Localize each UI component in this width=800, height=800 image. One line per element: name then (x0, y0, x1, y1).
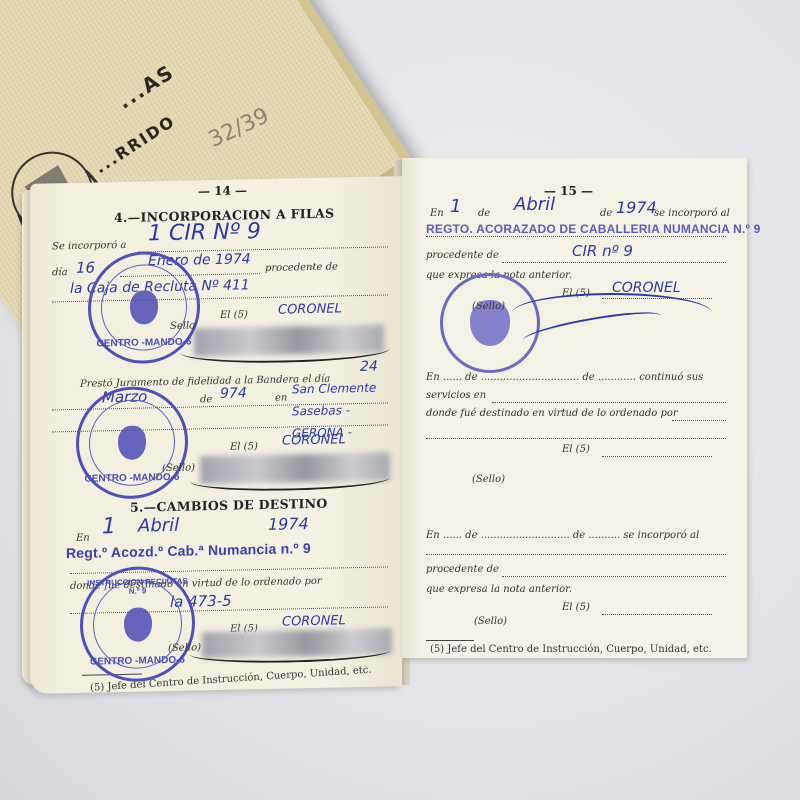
recruit-center-stamp: CENTRO -MANDO-6 (76, 386, 188, 500)
handwritten-day: 16 (76, 259, 95, 277)
label-servicios: servicios en (426, 390, 486, 401)
handwritten-unit: 1 CIR Nº 9 (148, 219, 261, 246)
signature-stroke (190, 466, 390, 492)
label-de: de (200, 394, 212, 405)
handwritten-day: 1 (450, 196, 461, 217)
dotted-line (672, 420, 726, 421)
page-14: — 14 — 4.—INCORPORACION A FILAS Se incor… (30, 176, 402, 694)
dotted-line (602, 456, 712, 457)
dotted-line (426, 236, 726, 237)
page-number: — 14 — (198, 183, 247, 198)
entry-2-line-1: En ...... de ...........................… (426, 372, 703, 383)
label-se-incorporo: se incorporó al (654, 208, 730, 219)
label-procedente: procedente de (426, 250, 499, 261)
seal-label: (Sello) (472, 301, 505, 312)
handwritten-change-month: Abril (138, 515, 179, 537)
label-de: de (600, 208, 612, 219)
signature-stroke (190, 640, 390, 664)
dotted-line (138, 246, 388, 252)
eagle-icon (124, 607, 152, 642)
handwritten-oath-day: 24 (360, 359, 378, 375)
recruit-center-stamp: INSTRUCCION RECLUTAS N.º 9 CENTRO -MANDO… (80, 565, 195, 682)
label-de: de (478, 208, 490, 219)
cover-title: ...AS (113, 59, 179, 113)
label-el5: El (5) (230, 441, 258, 453)
label-ordenado: donde fué destinado en virtud de lo orde… (426, 408, 678, 419)
seal-label: (Sello) (168, 642, 201, 654)
label-procedente: procedente de (265, 261, 338, 274)
handwritten-change-day: 1 (102, 514, 116, 539)
footnote: (5) Jefe del Centro de Instrucción, Cuer… (430, 644, 712, 655)
label-procedente: procedente de (426, 564, 499, 575)
handwritten-year: 1974 (616, 198, 657, 217)
dotted-line (602, 614, 712, 615)
seal-label: (Sello) (474, 616, 507, 627)
page-15: — 15 — En 1 de Abril de 1974 se incorpor… (402, 158, 747, 658)
handwritten-rank: CORONEL (282, 432, 346, 448)
unit-stamp: Regt.º Acozd.º Cab.ª Numancia n.º 9 (66, 540, 311, 561)
label-en: en (275, 393, 287, 404)
seal-label: (Sello) (162, 462, 195, 474)
handwritten-change-year: 1974 (268, 514, 309, 534)
label-dia: día (52, 267, 68, 278)
handwritten-rank: CORONEL (282, 613, 346, 629)
handwritten-rank: CORONEL (278, 301, 342, 317)
handwritten-month: Abril (514, 194, 555, 215)
section-heading-cambios: 5.—CAMBIOS DE DESTINO (130, 496, 328, 515)
label-en: En (430, 208, 444, 219)
dotted-line (502, 576, 726, 577)
footnote-rule (426, 640, 474, 641)
label-el5: El (5) (220, 309, 248, 321)
seal-label: Sello (170, 320, 195, 332)
open-booklet: — 14 — 4.—INCORPORACION A FILAS Se incor… (22, 150, 747, 695)
recruit-center-stamp: CENTRO -MANDO-6 (88, 250, 200, 364)
cover-handwritten-number: 32/39 (205, 103, 273, 152)
label-el5: El (5) (562, 444, 590, 455)
label-el5: El (5) (562, 602, 590, 613)
handwritten-procedente: CIR nº 9 (572, 242, 633, 260)
dotted-line (426, 554, 726, 555)
entry-3-line-1: En ...... de ...........................… (426, 530, 699, 541)
signature-stroke (180, 336, 390, 364)
handwritten-oath-year: 974 (220, 385, 247, 402)
seal-label: (Sello) (472, 474, 505, 485)
dotted-line (426, 438, 726, 439)
unit-stamp: REGTO. ACORAZADO DE CABALLERIA NUMANCIA … (426, 222, 761, 236)
label-nota: que expresa la nota anterior. (426, 584, 572, 595)
label-se-incorporo: Se incorporó a (52, 240, 126, 253)
dotted-line (492, 402, 726, 403)
label-en: En (76, 533, 90, 544)
dotted-line (502, 262, 726, 263)
